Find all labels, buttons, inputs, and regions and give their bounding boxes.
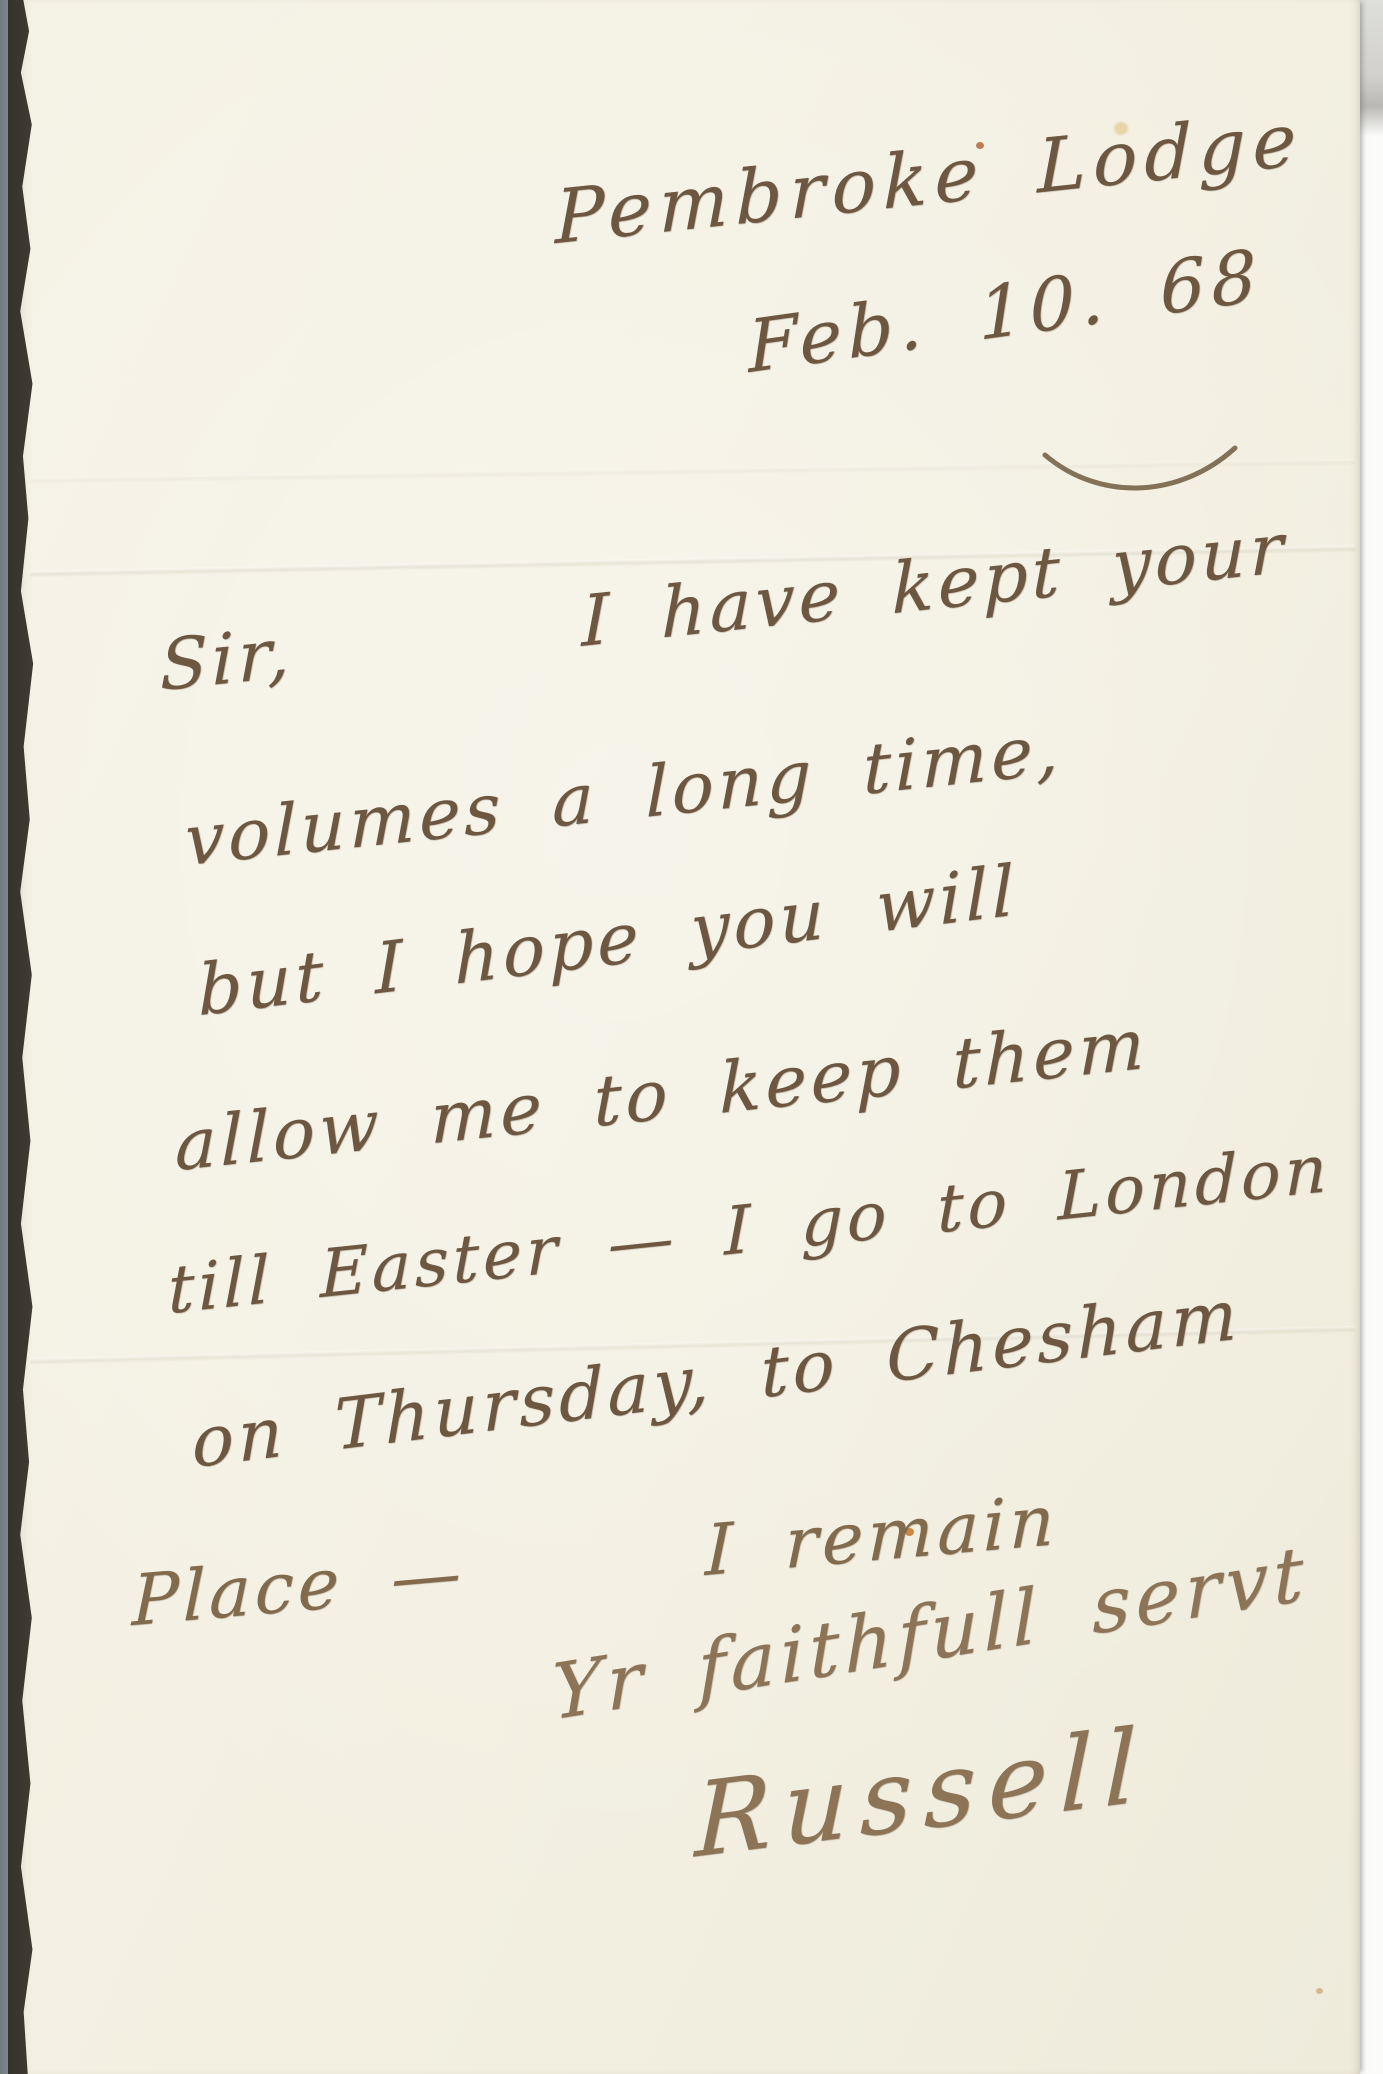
date-underline-flourish <box>1040 440 1240 515</box>
letter-scan: Pembroke Lodge Feb. 10. 68 Sir, I have k… <box>0 0 1383 2074</box>
scanner-backing <box>1357 0 1383 2074</box>
foxing-stain <box>1316 1988 1323 1994</box>
